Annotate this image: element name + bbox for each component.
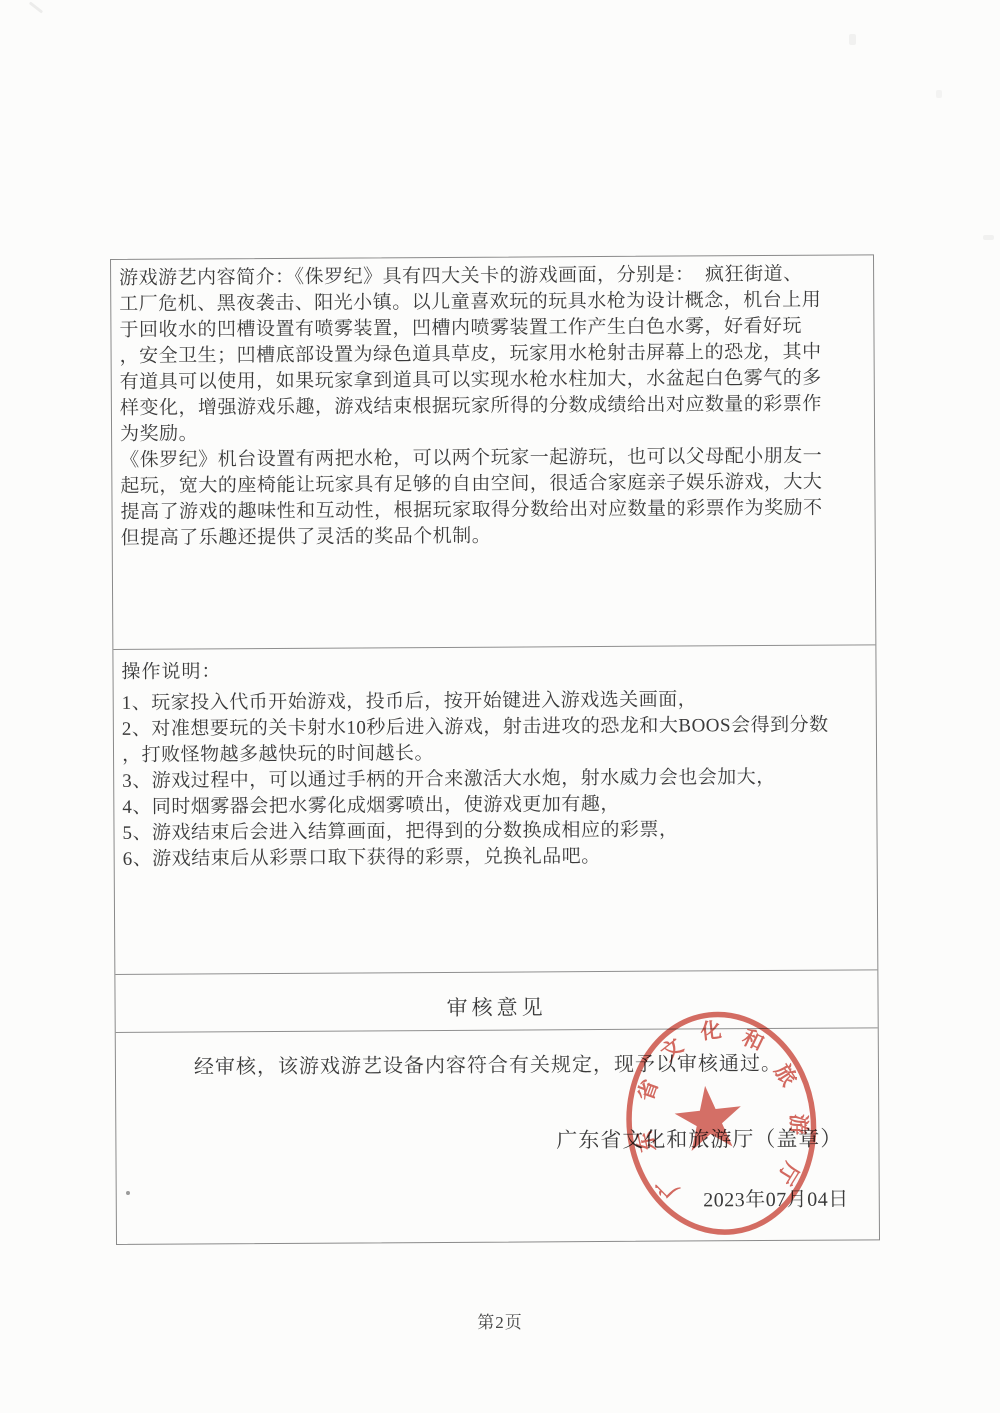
section-game-intro: 游戏游艺内容简介：《侏罗纪》具有四大关卡的游戏画面，分别是： 疯狂街道、 工厂危…: [111, 255, 875, 650]
approval-form-table: 游戏游艺内容简介：《侏罗纪》具有四大关卡的游戏画面，分别是： 疯狂街道、 工厂危…: [110, 254, 880, 1245]
stamp-agency-text: 广 东 省 文 化 和 旅 游 厅: [621, 1009, 819, 1206]
scan-artifact: [849, 34, 856, 45]
operations-title: 操作说明：: [121, 655, 867, 686]
agency-signature: 广东省文化和旅游厅（盖章）: [116, 1126, 842, 1156]
section-operations: 操作说明： 1、玩家投入代币开始游戏，投币后，按开始键进入游戏选关画面， 2、对…: [113, 645, 877, 975]
review-header-label: 审核意见: [115, 970, 877, 1024]
scan-artifact: [983, 235, 994, 240]
svg-text:厅: 厅: [772, 1157, 804, 1188]
operations-steps: 1、玩家投入代币开始游戏，投币后，按开始键进入游戏选关画面， 2、对准想要玩的关…: [122, 686, 869, 873]
section-review-body: 经审核，该游戏游艺设备内容符合有关规定，现予以审核通过。 广东省文化和旅游厅（盖…: [116, 1051, 879, 1244]
scan-artifact: [29, 1, 43, 13]
svg-text:省: 省: [633, 1076, 663, 1104]
game-intro-paragraph-2: 《侏罗纪》机台设置有两把水枪，可以两个玩家一起游玩，也可以父母配小朋友一 起玩，…: [120, 443, 867, 552]
page-number: 第2页: [0, 1308, 1000, 1333]
scan-artifact: [936, 90, 942, 98]
approval-date: 2023年07月04日: [117, 1188, 849, 1216]
approval-statement: 经审核，该游戏游艺设备内容符合有关规定，现予以审核通过。: [194, 1051, 878, 1079]
game-intro-paragraph-1: 游戏游艺内容简介：《侏罗纪》具有四大关卡的游戏画面，分别是： 疯狂街道、 工厂危…: [119, 261, 866, 448]
section-review-header: 审核意见: [115, 970, 877, 1033]
